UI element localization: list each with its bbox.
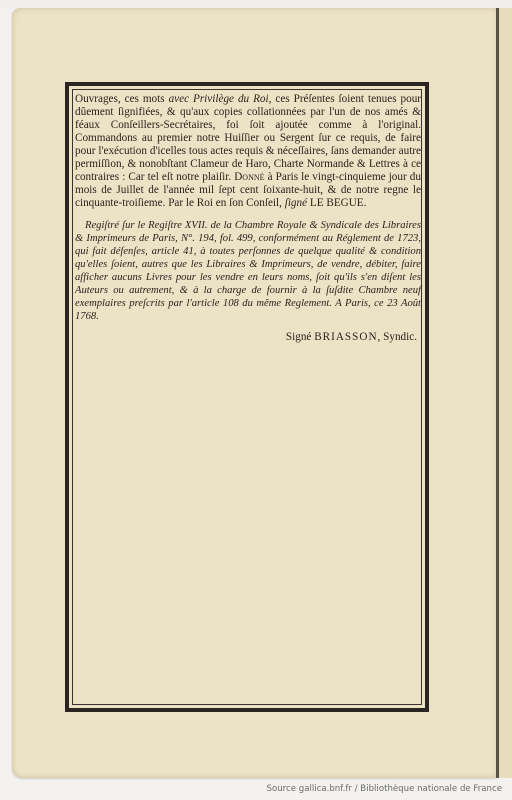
text-run: Ouvrages, ces mots (75, 93, 169, 105)
signature-prefix: Signé (286, 331, 314, 343)
source-credit: Source gallica.bnf.fr / Bibliothèque nat… (267, 784, 503, 794)
adjacent-page-edge (499, 8, 512, 778)
top-margin (0, 0, 512, 8)
syndic-signature: Signé BRIASSON, Syndic. (75, 331, 421, 344)
registry-paragraph: Regiſtré ſur le Regiſtre XVII. de la Cha… (75, 219, 421, 323)
small-caps-text: Donné (234, 171, 264, 183)
italic-text: ſigné (285, 197, 307, 209)
signature-suffix: , Syndic. (378, 331, 417, 343)
italic-text: avec Privilège du Roi (169, 93, 269, 105)
privilege-paragraph: Ouvrages, ces mots avec Privilège du Roi… (75, 93, 421, 210)
page-text: Ouvrages, ces mots avec Privilège du Roi… (75, 93, 421, 344)
signer-name: LE BEGUE. (307, 197, 366, 209)
text-run: , ces Préſentes ſoient tenues pour dûeme… (75, 93, 421, 183)
signature-name: BRIASSON (314, 331, 377, 343)
